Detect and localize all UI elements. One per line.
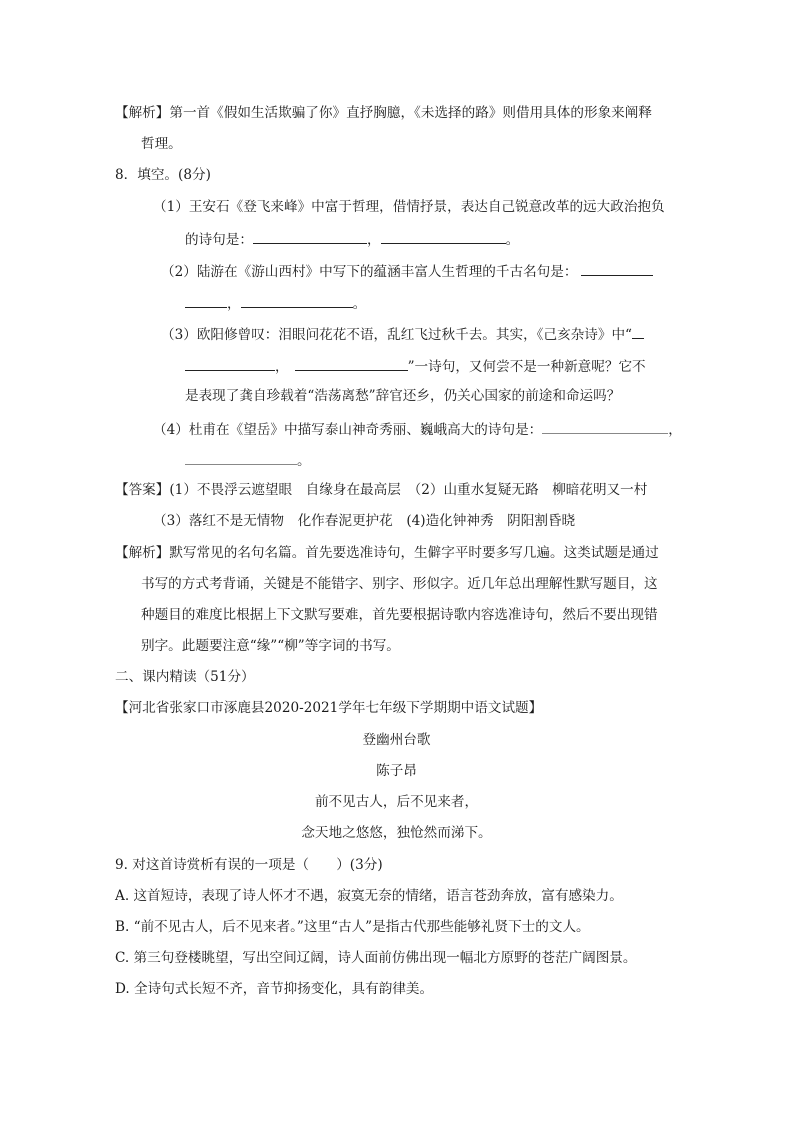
answer-blank[interactable] [381,229,506,244]
answer-line2: （3）落红不是无情物 化作春泥更护花 (4)造化钟神秀 阴阳割昏晓 [153,512,575,530]
q9-option-a[interactable]: A. 这首短诗，表现了诗人怀才不遇，寂寞无奈的情绪，语言苍劲奔放，富有感染力。 [115,887,623,905]
answer-blank[interactable] [632,324,644,339]
answer-blank[interactable] [542,419,668,434]
q8-item3-line1: （3）欧阳修曾叹：泪眼问花花不语，乱红飞过秋千去。其实，《己亥杂诗》中“ [161,324,644,344]
q9-title: 9. 对这首诗赏析有误的一项是（ ）(3分) [115,856,383,874]
poem-title: 登幽州台歌 [0,731,793,749]
q9-option-d[interactable]: D. 全诗句式长短不齐，音节抑扬变化，具有韵律美。 [115,980,433,998]
q8-item2-line1: （2）陆游在《游山西村》中写下的蕴涵丰富人生哲理的千古名句是： [161,261,653,281]
q9-option-c[interactable]: C. 第三句登楼眺望，写出空间辽阔，诗人面前仿佛出现一幅北方原野的苍茫广阔图景。 [115,949,637,967]
q8-item1-line2: 的诗句是：，。 [185,229,519,249]
answer-blank[interactable] [241,293,353,308]
answer-label: 【答案】 [115,482,169,498]
q8-title: 8．填空。(8分) [115,166,211,184]
analysis-line4: 别字。此题要注意“缘”“柳”等字词的书写。 [141,637,400,655]
q8-item4-line1: （4）杜甫在《望岳》中描写泰山神奇秀丽、巍峨高大的诗句是：， [153,419,682,439]
answer-blank[interactable] [253,229,367,244]
poem-author: 陈子昂 [0,762,793,780]
poem-line1: 前不见古人，后不见来者， [0,793,793,811]
answer-blank[interactable] [581,261,653,276]
analysis-prev-line1: 【解析】第一首《假如生活欺骗了你》直抒胸臆，《未选择的路》则借用具体的形象来阐释 [115,104,652,122]
source-note: 【河北省张家口市涿鹿县2020-2021学年七年级下学期期中语文试题】 [115,699,542,717]
q8-item2-line2: ，。 [185,293,366,313]
answer-blank[interactable] [185,356,275,371]
q8-item3-line2: ，”一诗句，又何尝不是一种新意呢？它不 [185,356,646,376]
analysis-prev-line2: 哲理。 [141,135,182,153]
q9-option-b[interactable]: B. “前不见古人，后不见来者。”这里“古人”是指古代那些能够礼贤下士的文人。 [115,918,590,936]
analysis-line3: 种题目的难度比根据上下文默写要难，首先要根据诗歌内容选准诗句，然后不要出现错 [141,606,658,624]
analysis-line1: 【解析】默写常见的名句名篇。首先要选准诗句，生僻字平时要多写几遍。这类试题是通过 [115,544,659,562]
q8-item1-line1: （1）王安石《登飞来峰》中富于哲理，借情抒景，表达自己锐意改革的远大政治抱负 [153,198,665,216]
answer-blank[interactable] [185,293,227,308]
answer-line1: 【答案】(1）不畏浮云遮望眼 自缘身在最高层 （2）山重水复疑无路 柳暗花明又一… [115,481,647,499]
analysis-label: 【解析】 [115,545,169,561]
answer-blank[interactable] [295,356,408,371]
q8-item3-line3: 是表现了龚自珍载着“浩荡离愁”辞官还乡，仍关心国家的前途和命运吗？ [185,387,620,405]
poem-line2: 念天地之悠悠，独怆然而涕下。 [0,824,793,842]
answer-blank[interactable] [185,450,297,465]
analysis-line2: 书写的方式考背诵，关键是不能错字、别字、形似字。近几年总出理解性默写题目，这 [141,575,658,593]
section-title: 二、课内精读（51分） [115,668,255,686]
q8-item4-line2: 。 [185,450,311,470]
analysis-label: 【解析】 [115,105,169,121]
